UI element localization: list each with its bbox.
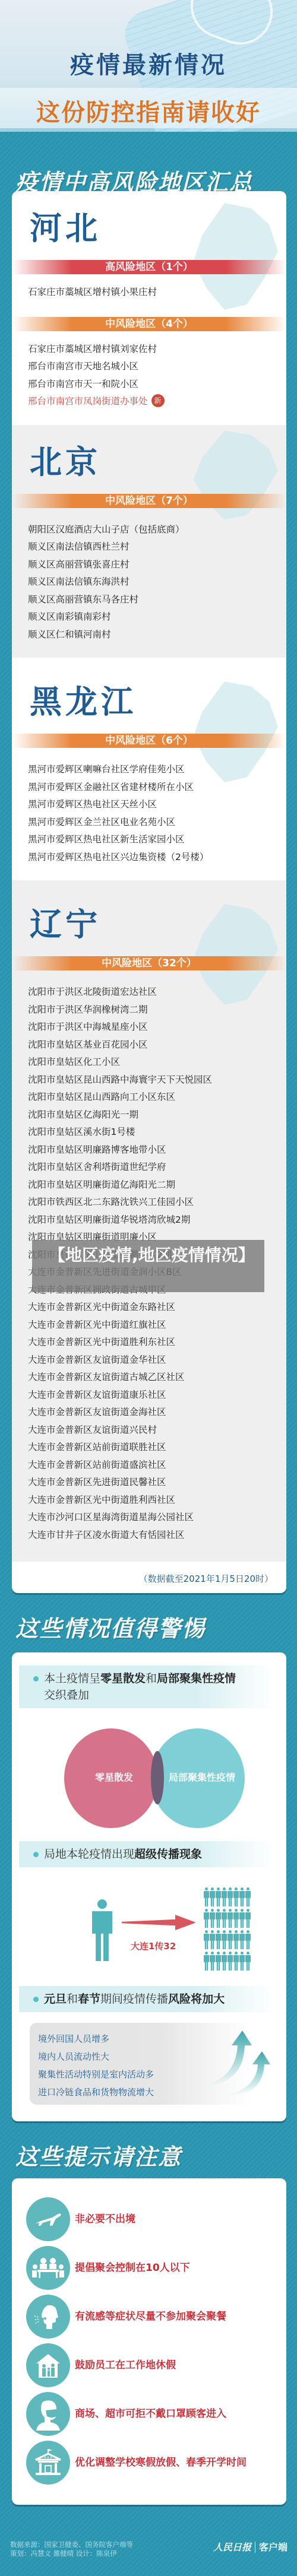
tip-item: 鼓励员工在工作地休假 bbox=[12, 2341, 286, 2390]
list-item: 大连市金普新区光中街道金东路社区 bbox=[28, 1299, 286, 1316]
mid-risk-header: 中风险地区（32个） bbox=[12, 956, 286, 970]
list-item: 大连市金普新区友谊街道金华社区 bbox=[28, 1352, 286, 1369]
rising-arrows-icon bbox=[203, 2028, 274, 2099]
list-item: 黑河市爱辉区热电社区天丝小区 bbox=[28, 796, 286, 814]
infographic-page: 疫情最新情况 这份防控指南请收好 疫情中高风险地区汇总 河北 高风险地区（1个）… bbox=[0, 0, 297, 2576]
list-item: 大连市金普新区站前街道联胜社区 bbox=[28, 1439, 286, 1457]
bullet-emphasis: 风险将加大 bbox=[168, 1993, 225, 2006]
venn-label-right: 局部聚集性疫情 bbox=[169, 1770, 235, 1784]
risk-areas-card: 河北 高风险地区（1个） 石家庄市藁城区增村镇小果庄村 中风险地区（4个） 石家… bbox=[12, 191, 286, 1593]
tips-card: 非必要不出境 提倡聚会控制在10人以下 有流感等症状尽量不参加聚会聚餐 鼓励员工… bbox=[12, 2178, 286, 2505]
list-item: 沈阳市皇姑区溪水街1号楼 bbox=[28, 1124, 286, 1141]
data-as-of-note: （数据截至2021年1月5日20时） bbox=[12, 1562, 286, 1593]
list-item: 黑河市爱辉区金兰社区电业名苑小区 bbox=[28, 814, 286, 832]
list-item: 大连市金普新区友谊街道兴民村 bbox=[28, 1422, 286, 1439]
airplane-icon bbox=[26, 2197, 70, 2241]
warning-bullet-holidays: 元旦和春节期间疫情传播风险将加大 bbox=[19, 1986, 274, 2012]
new-badge: 新 bbox=[151, 394, 165, 407]
list-item: 石家庄市藁城区增村镇刘家佐村 bbox=[28, 341, 286, 359]
bullet-text: 和 bbox=[146, 1672, 157, 1685]
province-name: 辽宁 bbox=[12, 904, 286, 946]
list-item: 大连市金普新区光中街道红旗社区 bbox=[28, 1316, 286, 1334]
province-name: 黑龙江 bbox=[12, 681, 286, 723]
province-hebei: 河北 高风险地区（1个） 石家庄市藁城区增村镇小果庄村 中风险地区（4个） 石家… bbox=[12, 191, 286, 425]
superspreader-diagram: 大连1传32 bbox=[12, 1873, 286, 1980]
meeting-icon bbox=[26, 2246, 70, 2290]
list-item: 黑河市爱辉区喇嘛台社区学府佳苑小区 bbox=[28, 761, 286, 779]
list-item: 沈阳市皇姑区化工小区 bbox=[28, 1054, 286, 1071]
province-heilongjiang: 黑龙江 中风险地区（6个） 黑河市爱辉区喇嘛台社区学府佳苑小区 黑河市爱辉区金融… bbox=[12, 658, 286, 880]
tip-item: 商场、超市可拒不戴口罩顾客进入 bbox=[12, 2390, 286, 2438]
brand-suffix: 客户端 bbox=[259, 2542, 287, 2553]
list-item: 大连市金普新区站前街道盛滨社区 bbox=[28, 1457, 286, 1474]
list-item: 沈阳市皇姑区亿海阳光一期 bbox=[28, 1106, 286, 1124]
list-item: 沈阳市皇姑区明廉街道华锐塔湾欣城2期 bbox=[28, 1211, 286, 1229]
list-item: 顺义区高丽营镇张喜庄村 bbox=[28, 556, 286, 574]
list-item: 黑河市爱辉区热电社区新生活家园小区 bbox=[28, 831, 286, 849]
list-item: 沈阳市皇姑区明廉路博客地带小区 bbox=[28, 1141, 286, 1159]
tip-text: 鼓励员工在工作地休假 bbox=[75, 2358, 192, 2373]
list-item: 朝阳区汉庭酒店大山子店（包括底商） bbox=[28, 521, 286, 539]
tip-item: 有流感等症状尽量不参加聚会聚餐 bbox=[12, 2292, 286, 2341]
bullet-emphasis: 局部聚集性疫情 bbox=[157, 1672, 236, 1685]
watermark-overlay: 【地区疫情,地区疫情情况】 bbox=[32, 1240, 264, 1292]
hero-title: 疫情最新情况 bbox=[0, 46, 297, 80]
mid-risk-list: 朝阳区汉庭酒店大山子店（包括底商） 顺义区南法信镇西杜兰村 顺义区高丽营镇张喜庄… bbox=[12, 521, 286, 644]
tip-text: 有流感等症状尽量不参加聚会聚餐 bbox=[75, 2309, 243, 2324]
list-item: 沈阳市于洪区华润橡树湾二期 bbox=[28, 1001, 286, 1019]
bullet-text: 和 bbox=[67, 1993, 78, 2006]
venn-overlap bbox=[151, 1751, 164, 1804]
list-item: 大连市金普新区先进街道民馨社区 bbox=[28, 1474, 286, 1492]
bullet-text: 本土疫情呈 bbox=[44, 1672, 100, 1685]
bullet-emphasis: 元旦 bbox=[44, 1993, 67, 2006]
province-beijing: 北京 中风险地区（7个） 朝阳区汉庭酒店大山子店（包括底商） 顺义区南法信镇西杜… bbox=[12, 425, 286, 658]
sneeze-icon bbox=[26, 2295, 70, 2339]
bullet-text: 期间疫情传播 bbox=[100, 1993, 168, 2006]
tip-item: 优化调整学校寒假放假、春季开学时间 bbox=[12, 2438, 286, 2487]
spread-caption: 大连1传32 bbox=[131, 1940, 176, 1952]
arrow-right-icon bbox=[122, 1915, 196, 1930]
list-item-text: 邢台市南宫市凤岗街道办事处 bbox=[28, 396, 148, 407]
bullet-emphasis: 春节 bbox=[78, 1993, 100, 2006]
province-name: 河北 bbox=[12, 208, 286, 249]
list-item: 大连市金普新区光中街道胜利西社区 bbox=[28, 1492, 286, 1509]
mid-risk-header: 中风险地区（7个） bbox=[12, 494, 286, 508]
list-item: 沈阳市皇姑区基业百花园小区 bbox=[28, 1036, 286, 1054]
mid-risk-list: 石家庄市藁城区增村镇刘家佐村 邢台市南宫市天地名城小区 邢台市南宫市天一和院小区… bbox=[12, 341, 286, 411]
list-item: 沈阳市于洪区中海城星座小区 bbox=[28, 1019, 286, 1036]
list-item: 顺义区高丽营镇东马各庄村 bbox=[28, 591, 286, 609]
tip-text: 非必要不出境 bbox=[75, 2212, 152, 2227]
person-icon bbox=[92, 1899, 112, 1961]
list-item: 顺义区仁和镇河南村 bbox=[28, 626, 286, 644]
list-item: 黑河市爱辉区金融社区省建材楼所在小区 bbox=[28, 779, 286, 797]
family-home-icon bbox=[26, 2343, 70, 2387]
province-name: 北京 bbox=[12, 442, 286, 483]
bullet-emphasis: 超级传播现象 bbox=[134, 1848, 202, 1861]
brand-logo: 人民日报客户端 bbox=[213, 2543, 287, 2552]
list-item-new: 邢台市南宫市凤岗街道办事处新 bbox=[28, 393, 286, 411]
tip-text: 商场、超市可拒不戴口罩顾客进入 bbox=[75, 2406, 243, 2422]
tip-text: 优化调整学校寒假放假、春季开学时间 bbox=[75, 2455, 263, 2470]
list-item: 大连市金普新区友谊街道古城乙区社区 bbox=[28, 1369, 286, 1387]
list-item: 沈阳市皇姑区昆山西路中海寰宇天下天悦园区 bbox=[28, 1071, 286, 1089]
mid-risk-list: 黑河市爱辉区喇嘛台社区学府佳苑小区 黑河市爱辉区金融社区省建材楼所在小区 黑河市… bbox=[12, 761, 286, 866]
section-title-risk-areas: 疫情中高风险地区汇总 bbox=[0, 132, 297, 191]
bullet-text: 交织叠加 bbox=[44, 1689, 89, 1702]
venn-diagram: 零星散发 局部聚集性疫情 bbox=[12, 1718, 286, 1836]
list-item: 邢台市南宫市天一和院小区 bbox=[28, 376, 286, 394]
list-item: 沈阳市于洪区北陵街道宏达社区 bbox=[28, 984, 286, 1001]
mid-risk-header: 中风险地区（4个） bbox=[12, 317, 286, 331]
bullet-emphasis: 零星散发 bbox=[100, 1672, 146, 1685]
face-mask-icon bbox=[26, 2392, 70, 2436]
list-item: 邢台市南宫市天地名城小区 bbox=[28, 358, 286, 376]
warning-bullet-superspreader: 局地本轮疫情出现超级传播现象 bbox=[19, 1841, 274, 1867]
list-item: 大连市金普新区光中街道胜利东社区 bbox=[28, 1334, 286, 1352]
list-item: 石家庄市藁城区增村镇小果庄村 bbox=[28, 284, 286, 302]
list-item: 沈阳市铁西区北二东路沈铁兴工佳园小区 bbox=[28, 1194, 286, 1211]
list-item: 沈阳市皇姑区昆山西路向工小区东区 bbox=[28, 1089, 286, 1106]
tip-text: 提倡聚会控制在10人以下 bbox=[75, 2260, 207, 2276]
list-item: 大连市金普新区友谊街道金海社区 bbox=[28, 1404, 286, 1422]
list-item: 大连市沙河口区星海湾街道星海公园社区 bbox=[28, 1509, 286, 1527]
list-item: 沈阳市皇姑区明廉街道亿海阳光二期 bbox=[28, 1176, 286, 1194]
tip-item: 提倡聚会控制在10人以下 bbox=[12, 2244, 286, 2292]
warning-bullet-sporadic: 本土疫情呈零星散发和局部聚集性疫情交织叠加 bbox=[19, 1665, 274, 1708]
venn-label-left: 零星散发 bbox=[95, 1770, 133, 1784]
province-liaoning: 辽宁 中风险地区（32个） 沈阳市于洪区北陵街道宏达社区 沈阳市于洪区华润橡树湾… bbox=[12, 880, 286, 1562]
hero-subtitle: 这份防控指南请收好 bbox=[0, 94, 297, 128]
school-icon bbox=[26, 2441, 70, 2485]
list-item: 顺义区南法信镇东海洪村 bbox=[28, 573, 286, 591]
bullet-text: 局地本轮疫情出现 bbox=[44, 1848, 134, 1861]
section-title-tips: 这些提示请注意 bbox=[0, 2121, 297, 2178]
peoples-daily-logo: 人民日报 bbox=[213, 2542, 255, 2553]
list-item: 大连市甘井子区凌水街道大有恬园社区 bbox=[28, 1527, 286, 1544]
high-risk-list: 石家庄市藁城区增村镇小果庄村 bbox=[12, 284, 286, 302]
list-item: 黑河市爱辉区热电社区兴边集资楼（2号楼） bbox=[28, 849, 286, 867]
section-title-warnings: 这些情况值得警惕 bbox=[0, 1593, 297, 1652]
risk-factors-box: 境外回国人员增多 境内人员流动性大 聚集性活动特别是室内活动多 进口冷链食品和货… bbox=[30, 2023, 251, 2105]
hero-banner: 疫情最新情况 这份防控指南请收好 bbox=[0, 0, 297, 132]
warnings-card: 本土疫情呈零星散发和局部聚集性疫情交织叠加 零星散发 局部聚集性疫情 局地本轮疫… bbox=[12, 1652, 286, 2121]
list-item: 沈阳市皇姑区舍利塔街道世纪学府 bbox=[28, 1159, 286, 1176]
list-item: 顺义区南法信镇西杜兰村 bbox=[28, 538, 286, 556]
mid-risk-header: 中风险地区（6个） bbox=[12, 734, 286, 748]
list-item: 大连市金普新区友谊街道康乐社区 bbox=[28, 1387, 286, 1404]
list-item: 顺义区南彩镇南彩村 bbox=[28, 608, 286, 626]
crowd-icon bbox=[204, 1887, 251, 1973]
high-risk-header: 高风险地区（1个） bbox=[12, 260, 286, 274]
footer: 数据来源：国家卫健委、国务院客户端等 策划：冯慧文 雒健晴 设计：陈泉伊 人民日… bbox=[0, 2505, 297, 2576]
tip-item: 非必要不出境 bbox=[12, 2195, 286, 2244]
